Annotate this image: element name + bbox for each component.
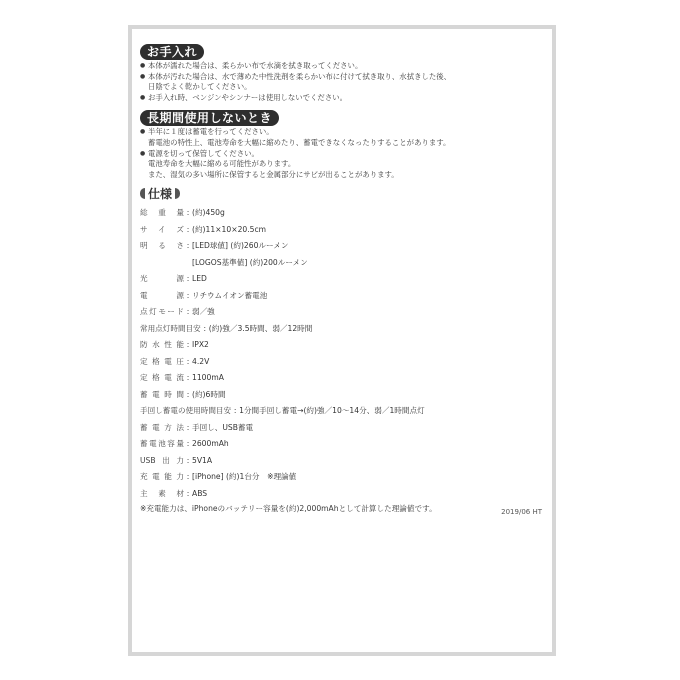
spec-row-size: サイズ:(約)11×10×20.5cm <box>140 222 544 239</box>
spec-row-usb-output: USB出力:5V1A <box>140 453 544 470</box>
date-code: 2019/06 HT <box>501 506 542 518</box>
bullet-icon: ● <box>140 72 145 83</box>
spec-row-rated-current: 定格電流:1100mA <box>140 370 544 387</box>
spec-row-weight: 総重量:(約)450g <box>140 205 544 222</box>
spec-row-material: 主素材:ABS <box>140 486 544 503</box>
spec-row-charge-capacity: 充電能力:[iPhone] (約)1台分 ※理論値 <box>140 469 544 486</box>
spec-row-charge-time: 蓄電時間:(約)6時間 <box>140 387 544 404</box>
spec-table: 総重量:(約)450g サイズ:(約)11×10×20.5cm 明るさ:[LED… <box>140 205 544 502</box>
left-half-circle-icon <box>140 188 145 199</box>
document-content: お手入れ ●本体が濡れた場合は、柔らかい布で水滴を拭き取ってください。 ●本体が… <box>140 41 544 518</box>
spec-row-crank-runtime: 手回し蓄電の使用時間目安:1分間手回し蓄電→(約)強／10～14分、弱／1時間点… <box>140 403 544 420</box>
care-heading: お手入れ <box>140 44 204 60</box>
storage-list: ●半年に１度は蓄電を行ってください。蓄電池の特性上、電池寿命を大幅に縮めたり、蓄… <box>140 127 544 180</box>
footnote-row: ※充電能力は、iPhoneのバッテリー容量を(約)2,000mAhとして計算した… <box>140 503 544 518</box>
spec-row-brightness-logos: [LOGOS基準値] (約)200ルーメン <box>140 255 544 272</box>
storage-item: ●電源を切って保管してください。電池寿命を大幅に縮める可能性があります。また、湿… <box>140 149 544 181</box>
care-section: お手入れ ●本体が濡れた場合は、柔らかい布で水滴を拭き取ってください。 ●本体が… <box>140 41 544 103</box>
spec-row-light-source: 光源:LED <box>140 271 544 288</box>
spec-heading: 仕様 <box>140 185 544 201</box>
bullet-icon: ● <box>140 61 145 72</box>
spec-row-runtime: 常用点灯時間目安:(約)強／3.5時間、弱／12時間 <box>140 321 544 338</box>
right-half-circle-icon <box>175 188 180 199</box>
spec-row-power: 電源:リチウムイオン蓄電池 <box>140 288 544 305</box>
spec-row-waterproof: 防水性能:IPX2 <box>140 337 544 354</box>
spec-row-rated-voltage: 定格電圧:4.2V <box>140 354 544 371</box>
footnote: ※充電能力は、iPhoneのバッテリー容量を(約)2,000mAhとして計算した… <box>140 503 437 518</box>
bullet-icon: ● <box>140 93 145 104</box>
document-frame: お手入れ ●本体が濡れた場合は、柔らかい布で水滴を拭き取ってください。 ●本体が… <box>128 25 556 656</box>
spec-row-brightness: 明るさ:[LED球値] (約)260ルーメン <box>140 238 544 255</box>
care-item: ●お手入れ時、ベンジンやシンナーは使用しないでください。 <box>140 93 544 104</box>
storage-heading: 長期間使用しないとき <box>140 110 279 126</box>
spec-row-battery-capacity: 蓄電池容量:2600mAh <box>140 436 544 453</box>
bullet-icon: ● <box>140 127 145 138</box>
storage-section: 長期間使用しないとき ●半年に１度は蓄電を行ってください。蓄電池の特性上、電池寿… <box>140 107 544 180</box>
spec-row-light-mode: 点灯モード:弱／強 <box>140 304 544 321</box>
spec-row-charge-method: 蓄電方法:手回し、USB蓄電 <box>140 420 544 437</box>
storage-item: ●半年に１度は蓄電を行ってください。蓄電池の特性上、電池寿命を大幅に縮めたり、蓄… <box>140 127 544 148</box>
care-item: ●本体が濡れた場合は、柔らかい布で水滴を拭き取ってください。 <box>140 61 544 72</box>
care-list: ●本体が濡れた場合は、柔らかい布で水滴を拭き取ってください。 ●本体が汚れた場合… <box>140 61 544 103</box>
bullet-icon: ● <box>140 149 145 160</box>
care-item: ●本体が汚れた場合は、水で薄めた中性洗剤を柔らかい布に付けて拭き取り、水拭きした… <box>140 72 544 93</box>
spec-title: 仕様 <box>148 185 172 202</box>
